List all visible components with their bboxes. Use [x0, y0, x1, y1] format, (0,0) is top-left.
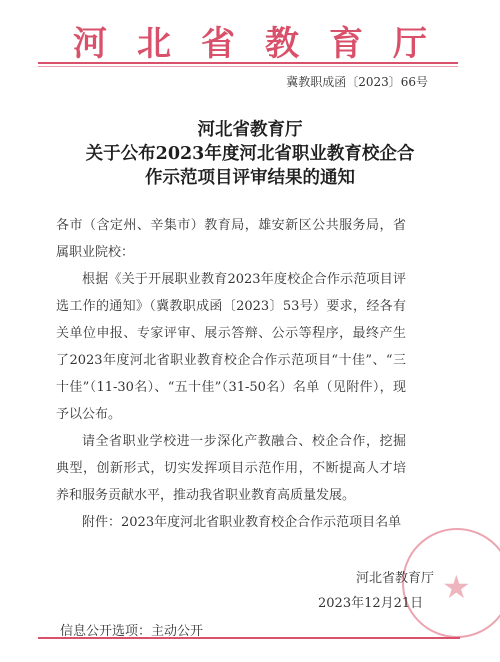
paragraph-1: 根据《关于开展职业教育2023年度校企合作示范项目评选工作的通知》（冀教职成函〔… [56, 266, 406, 428]
red-divider-bottom [38, 637, 460, 639]
seal-star-icon: ★ [442, 568, 471, 606]
title-line-2: 关于公布2023年度河北省职业教育校企合 [0, 142, 500, 166]
attachment-note: 附件：2023年度河北省职业教育校企合作示范项目名单 [56, 509, 406, 536]
issuer-masthead: 河北省教育厅 [0, 16, 500, 65]
document-title: 河北省教育厅 关于公布2023年度河北省职业教育校企合 作示范项目评审结果的通知 [0, 118, 500, 190]
signature-date: 2023年12月21日 [318, 592, 423, 611]
title-line-1: 河北省教育厅 [0, 118, 500, 142]
signature-org: 河北省教育厅 [356, 567, 434, 586]
title-line-3: 作示范项目评审结果的通知 [0, 166, 500, 190]
red-divider-top-thin [38, 66, 458, 67]
addressee: 各市（含定州、辛集市）教育局，雄安新区公共服务局，省属职业院校： [56, 212, 406, 266]
document-body: 各市（含定州、辛集市）教育局，雄安新区公共服务局，省属职业院校： 根据《关于开展… [56, 212, 406, 536]
document-number: 冀教职成函〔2023〕66号 [286, 73, 428, 90]
paragraph-2: 请全省职业学校进一步深化产教融合、校企合作，挖掘典型，创新形式，切实发挥项目示范… [56, 428, 406, 509]
red-divider-top [38, 62, 458, 64]
